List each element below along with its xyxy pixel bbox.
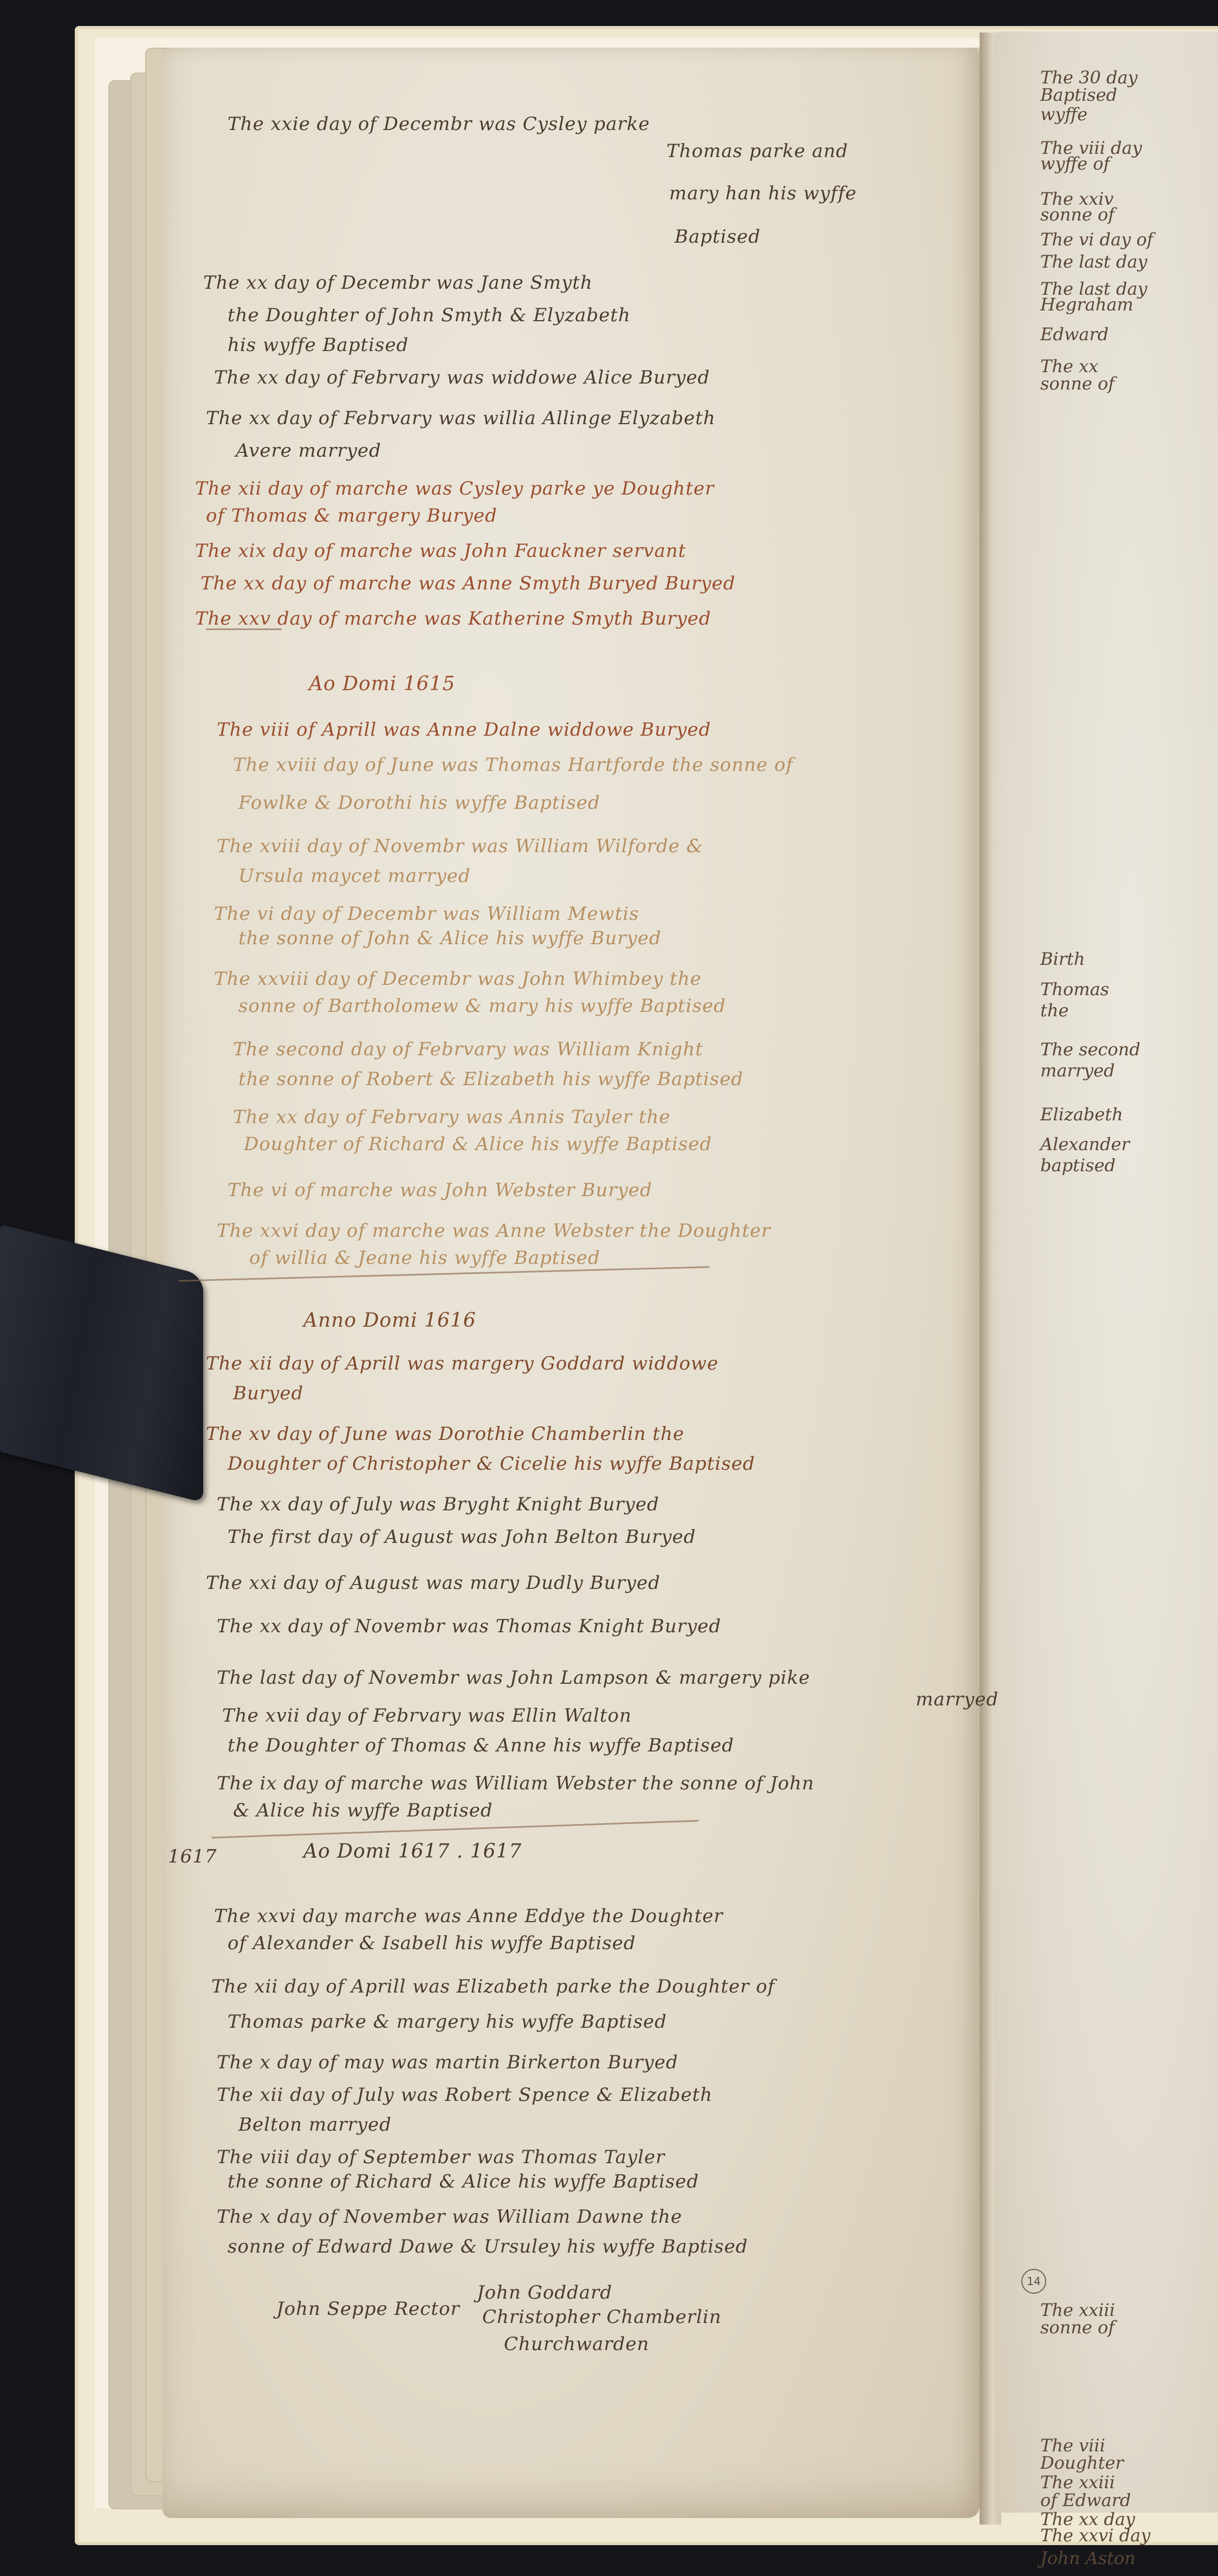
register-entry-fragment: Alexander [1040, 1134, 1130, 1154]
register-entry-fragment: baptised [1040, 1155, 1116, 1176]
register-entry-fragment: sonne of [1040, 2317, 1115, 2338]
register-entry-fragment: marryed [1040, 1060, 1115, 1081]
register-entry-fragment: of Edward [1040, 2490, 1131, 2510]
register-entry-fragment: The second [1040, 1039, 1141, 1060]
register-entry-fragment: The vi day of [1040, 229, 1153, 250]
register-entry-fragment: Elizabeth [1040, 1104, 1123, 1125]
register-entry-fragment: The xxvi day [1040, 2525, 1150, 2546]
register-entry-fragment: wyffe [1040, 104, 1087, 125]
folio-number: 14 [1021, 2269, 1046, 2294]
register-entry-fragment: sonne of [1040, 204, 1115, 225]
register-entry-fragment: Baptised [1040, 85, 1117, 105]
register-entry-fragment: wyffe of [1040, 153, 1110, 174]
register-entry-fragment: the [1040, 1000, 1068, 1021]
ruled-divider [206, 628, 282, 630]
register-entry-fragment: Birth [1040, 949, 1085, 969]
register-entry-fragment: sonne of [1040, 373, 1115, 394]
register-entry-fragment: Edward [1040, 324, 1109, 345]
register-entry-fragment: The last day [1040, 251, 1147, 272]
register-entry-fragment: Hegraham [1040, 294, 1133, 315]
register-entry-fragment: John Aston [1040, 2548, 1136, 2568]
register-entries-right: The 30 dayBaptisedwyffeThe viii daywyffe… [0, 0, 1218, 2576]
register-entry-fragment: Doughter [1040, 2452, 1124, 2473]
register-entry-fragment: Thomas [1040, 979, 1109, 1000]
